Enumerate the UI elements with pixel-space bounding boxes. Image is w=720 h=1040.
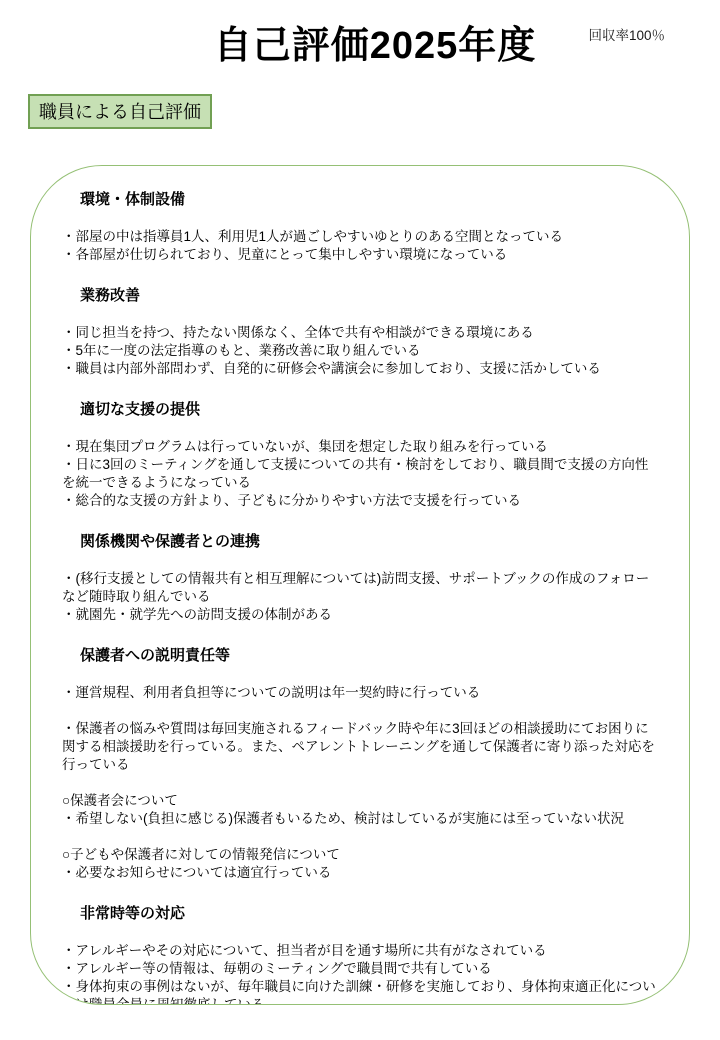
circle-subheading-line: ○子どもや保護者に対しての情報発信について [62, 846, 661, 864]
section-paragraph: ・部屋の中は指導員1人、利用児1人が過ごしやすいゆとりのある空間となっている ・… [62, 228, 661, 264]
bullet-line: ・現在集団プログラムは行っていないが、集団を想定した取り組みを行っている [62, 438, 661, 456]
bullet-line: ・アレルギー等の情報は、毎朝のミーティングで職員間で共有している [62, 960, 661, 978]
section-appropriate-support: 適切な支援の提供 ・現在集団プログラムは行っていないが、集団を想定した取り組みを… [62, 400, 661, 510]
section-work-improvement: 業務改善 ・同じ担当を持つ、持たない関係なく、全体で共有や相談ができる環境にある… [62, 286, 661, 378]
section-paragraph: ・運営規程、利用者負担等についての説明は年一契約時に行っている [62, 684, 661, 702]
section-emergency-response: 非常時等の対応 ・アレルギーやその対応について、担当者が目を通す場所に共有がなさ… [62, 904, 661, 1005]
bullet-line: ・必要なお知らせについては適宜行っている [62, 864, 661, 882]
bullet-line: ・アレルギーやその対応について、担当者が目を通す場所に共有がなされている [62, 942, 661, 960]
bullet-line: ・就園先・就学先への訪問支援の体制がある [62, 606, 661, 624]
section-heading: 業務改善 [80, 286, 661, 306]
staff-self-evaluation-label: 職員による自己評価 [28, 94, 212, 129]
document-page: 自己評価2025年度 回収率100％ 職員による自己評価 環境・体制設備 ・部屋… [0, 0, 720, 1040]
bullet-line: ・(移行支援としての情報共有と相互理解については)訪問支援、サポートブックの作成… [62, 570, 661, 606]
bullet-line: ・日に3回のミーティングを通して支援についての共有・検討をしており、職員間で支援… [62, 456, 661, 492]
section-paragraph: ・現在集団プログラムは行っていないが、集団を想定した取り組みを行っている ・日に… [62, 438, 661, 510]
bullet-line: ・5年に一度の法定指導のもと、業務改善に取り組んでいる [62, 342, 661, 360]
section-paragraph: ・(移行支援としての情報共有と相互理解については)訪問支援、サポートブックの作成… [62, 570, 661, 624]
section-heading: 適切な支援の提供 [80, 400, 661, 420]
section-paragraph: ○子どもや保護者に対しての情報発信について ・必要なお知らせについては適宜行って… [62, 846, 661, 882]
section-accountability-to-guardians: 保護者への説明責任等 ・運営規程、利用者負担等についての説明は年一契約時に行って… [62, 646, 661, 882]
section-paragraph: ・アレルギーやその対応について、担当者が目を通す場所に共有がなされている ・アレ… [62, 942, 661, 1005]
evaluation-content-box: 環境・体制設備 ・部屋の中は指導員1人、利用児1人が過ごしやすいゆとりのある空間… [30, 165, 690, 1005]
bullet-line: ・職員は内部外部問わず、自発的に研修会や講演会に参加しており、支援に活かしている [62, 360, 661, 378]
bullet-line: ・各部屋が仕切られており、児童にとって集中しやすい環境になっている [62, 246, 661, 264]
collection-rate-text: 回収率100％ [588, 24, 665, 44]
section-heading: 環境・体制設備 [80, 190, 661, 210]
section-paragraph: ・保護者の悩みや質問は毎回実施されるフィードバック時や年に3回ほどの相談援助にて… [62, 720, 661, 774]
bullet-line: ・身体拘束の事例はないが、毎年職員に向けた訓練・研修を実施しており、身体拘束適正… [62, 978, 661, 1005]
section-heading: 関係機関や保護者との連携 [80, 532, 661, 552]
bullet-line: ・保護者の悩みや質問は毎回実施されるフィードバック時や年に3回ほどの相談援助にて… [62, 720, 661, 774]
bullet-line: ・総合的な支援の方針より、子どもに分かりやすい方法で支援を行っている [62, 492, 661, 510]
section-heading: 保護者への説明責任等 [80, 646, 661, 666]
section-heading: 非常時等の対応 [80, 904, 661, 924]
section-environment-facilities: 環境・体制設備 ・部屋の中は指導員1人、利用児1人が過ごしやすいゆとりのある空間… [62, 190, 661, 264]
circle-subheading-line: ○保護者会について [62, 792, 661, 810]
bullet-line: ・部屋の中は指導員1人、利用児1人が過ごしやすいゆとりのある空間となっている [62, 228, 661, 246]
section-paragraph: ・同じ担当を持つ、持たない関係なく、全体で共有や相談ができる環境にある ・5年に… [62, 324, 661, 378]
section-cooperation-with-organizations-guardians: 関係機関や保護者との連携 ・(移行支援としての情報共有と相互理解については)訪問… [62, 532, 661, 624]
bullet-line: ・同じ担当を持つ、持たない関係なく、全体で共有や相談ができる環境にある [62, 324, 661, 342]
bullet-line: ・希望しない(負担に感じる)保護者もいるため、検討はしているが実施には至っていな… [62, 810, 661, 828]
bullet-line: ・運営規程、利用者負担等についての説明は年一契約時に行っている [62, 684, 661, 702]
section-paragraph: ○保護者会について ・希望しない(負担に感じる)保護者もいるため、検討はしている… [62, 792, 661, 828]
